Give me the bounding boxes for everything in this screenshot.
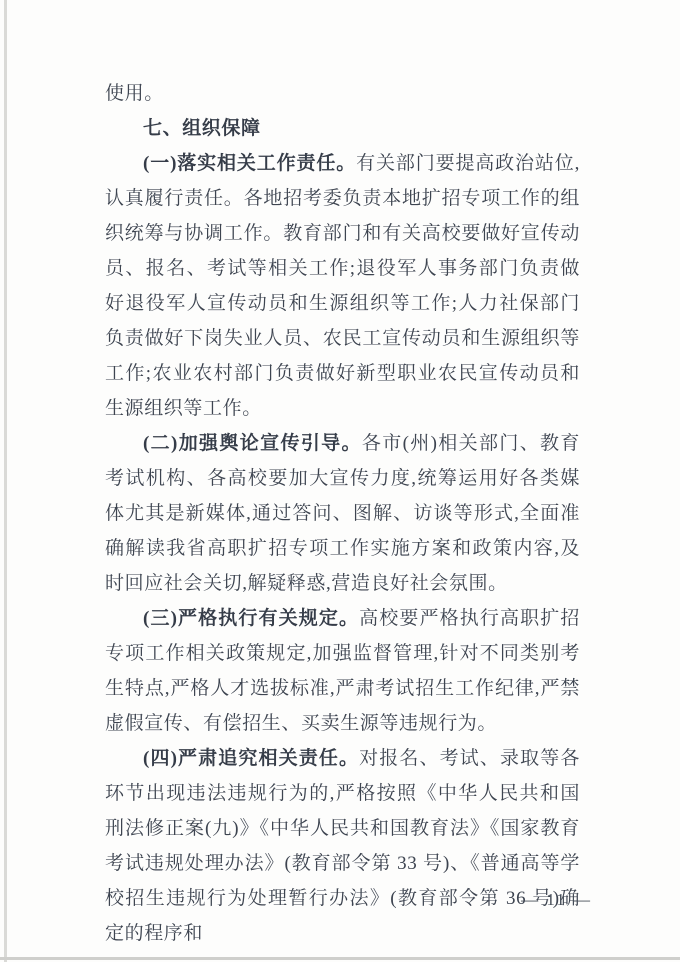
- paragraph-1: (一)落实相关工作责任。有关部门要提高政治站位,认真履行责任。各地招考委负责本地…: [105, 146, 580, 426]
- paragraph-3-lead: (三)严格执行有关规定。: [143, 608, 359, 629]
- section-heading: 七、组织保障: [105, 111, 580, 146]
- continuation-text: 使用。: [105, 83, 164, 104]
- paragraph-4-text: 对报名、考试、录取等各环节出现违法违规行为的,严格按照《中华人民共和国刑法修正案…: [105, 748, 580, 944]
- document-body: 使用。 七、组织保障 (一)落实相关工作责任。有关部门要提高政治站位,认真履行责…: [105, 76, 580, 951]
- page-number: — 11 —: [521, 890, 592, 910]
- paragraph-2-text: 各市(州)相关部门、教育考试机构、各高校要加大宣传力度,统筹运用好各类媒体尤其是…: [105, 433, 580, 594]
- document-page: 使用。 七、组织保障 (一)落实相关工作责任。有关部门要提高政治站位,认真履行责…: [0, 0, 680, 962]
- paragraph-3: (三)严格执行有关规定。高校要严格执行高职扩招专项工作相关政策规定,加强监督管理…: [105, 601, 580, 741]
- scan-edge-left: [4, 0, 7, 962]
- paragraph-2: (二)加强舆论宣传引导。各市(州)相关部门、教育考试机构、各高校要加大宣传力度,…: [105, 426, 580, 601]
- paragraph-2-lead: (二)加强舆论宣传引导。: [143, 433, 362, 454]
- paragraph-4-lead: (四)严肃追究相关责任。: [143, 748, 359, 769]
- scan-edge-bottom: [0, 957, 680, 960]
- paragraph-1-lead: (一)落实相关工作责任。: [143, 153, 356, 174]
- paragraph-4: (四)严肃追究相关责任。对报名、考试、录取等各环节出现违法违规行为的,严格按照《…: [105, 741, 580, 951]
- continuation-paragraph: 使用。: [105, 76, 580, 111]
- paragraph-1-text: 有关部门要提高政治站位,认真履行责任。各地招考委负责本地扩招专项工作的组织统筹与…: [105, 153, 580, 419]
